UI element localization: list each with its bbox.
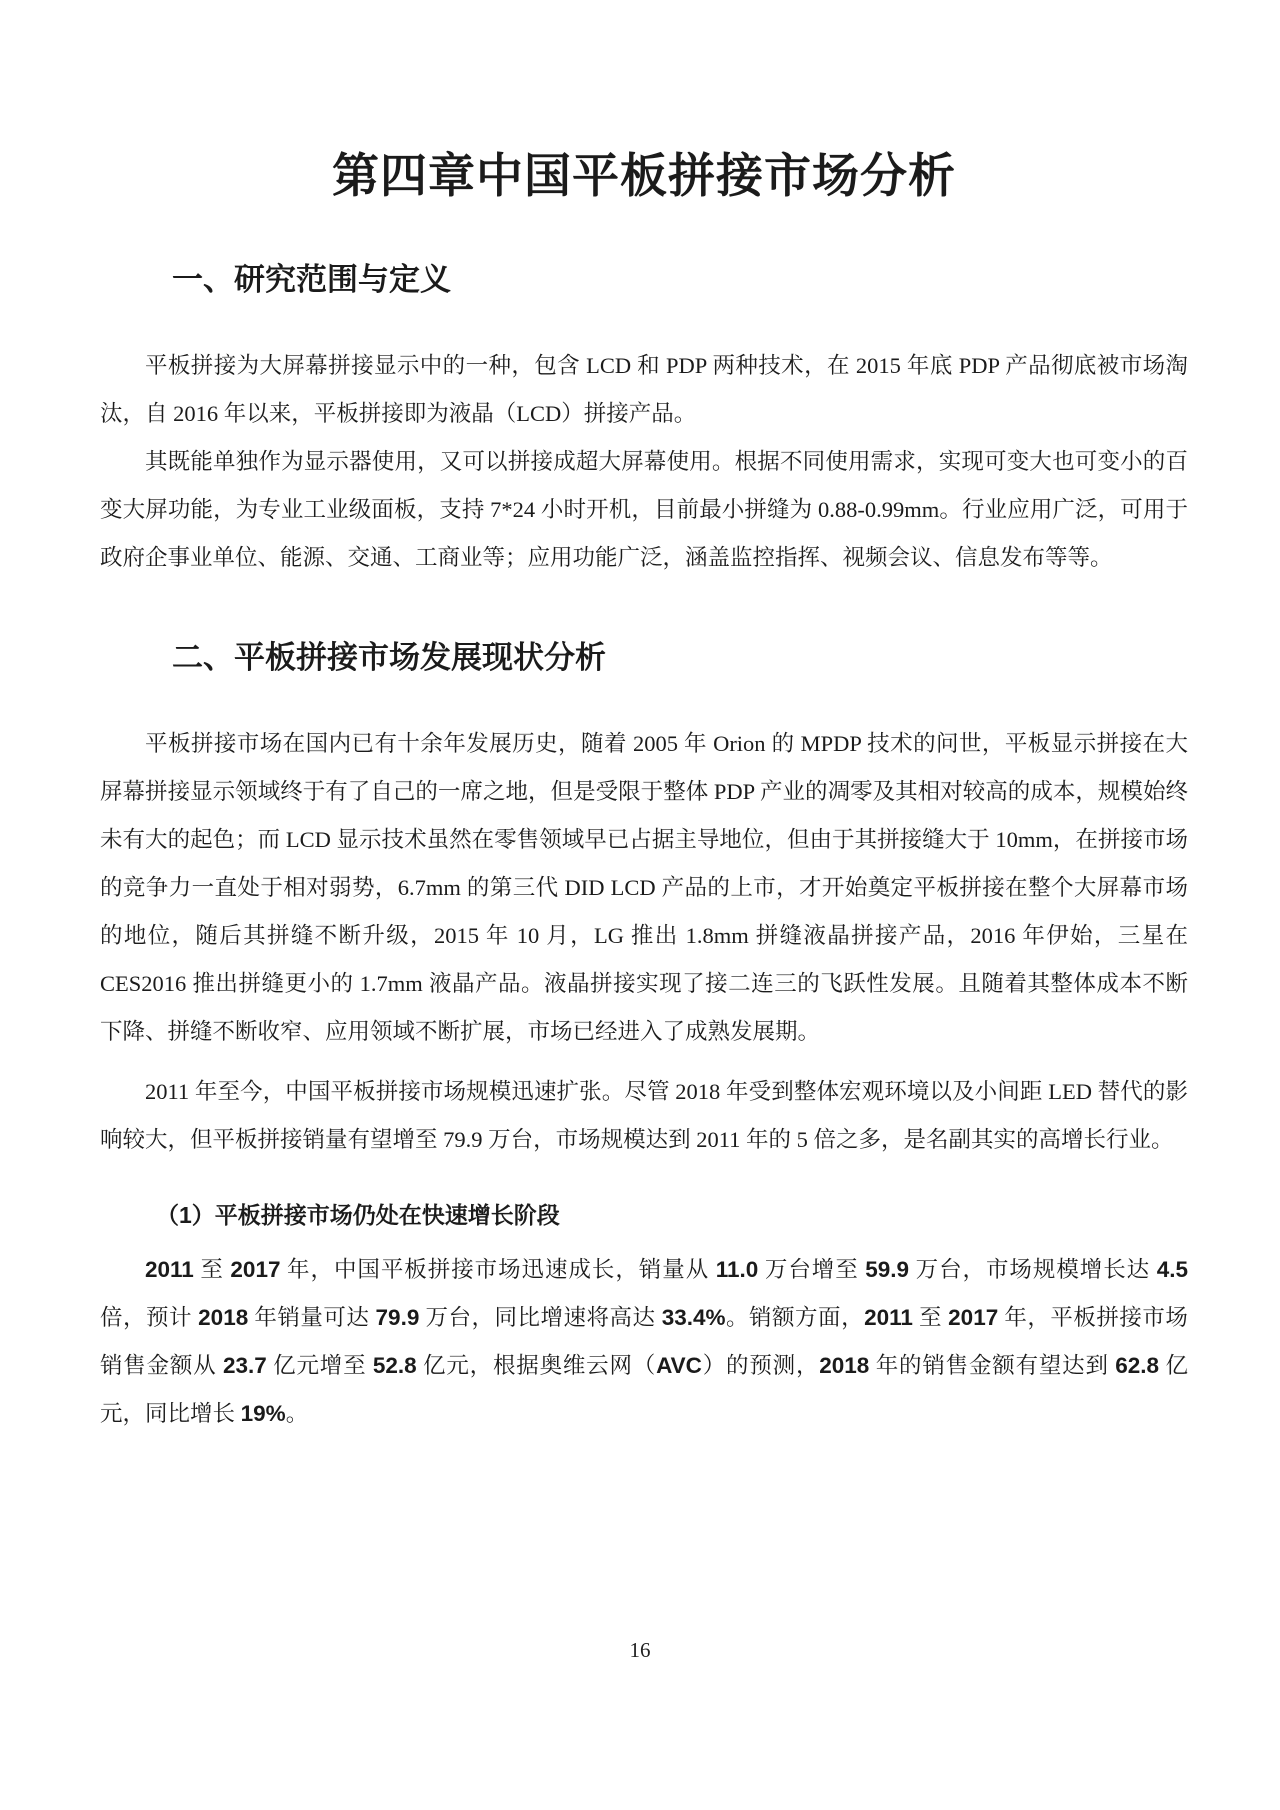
emphasized-number: 2018 [819,1353,869,1378]
text-run: 亿元，根据奥维云网（ [417,1353,656,1378]
text-run: ）的预测， [702,1353,819,1378]
section-2-heading: 二、平板拼接市场发展现状分析 [172,640,1188,676]
text-run: 万台，市场规模增长达 [909,1257,1157,1282]
emphasized-number: 19% [241,1401,286,1426]
text-run: 年销量可达 [248,1305,375,1330]
text-run: 。 [286,1401,309,1426]
section-2-paragraph-1: 平板拼接市场在国内已有十余年发展历史，随着 2005 年 Orion 的 MPD… [100,720,1188,1056]
document-page: 第四章中国平板拼接市场分析 一、研究范围与定义 平板拼接为大屏幕拼接显示中的一种… [0,0,1280,1810]
section-1-paragraph-1: 平板拼接为大屏幕拼接显示中的一种，包含 LCD 和 PDP 两种技术，在 201… [100,342,1188,438]
emphasized-number: 2017 [948,1305,998,1330]
text-run: 至 [913,1305,948,1330]
emphasized-number: 2017 [230,1257,280,1282]
subsection-1-paragraph-1: 2011 至 2017 年，中国平板拼接市场迅速成长，销量从 11.0 万台增至… [100,1246,1188,1438]
text-run: 。销额方面， [726,1305,865,1330]
chapter-title: 第四章中国平板拼接市场分析 [100,150,1188,204]
emphasized-number: 33.4% [662,1305,726,1330]
emphasized-number: 23.7 [223,1353,267,1378]
document-content: 第四章中国平板拼接市场分析 一、研究范围与定义 平板拼接为大屏幕拼接显示中的一种… [100,150,1188,1438]
text-run: 年，中国平板拼接市场迅速成长，销量从 [280,1257,715,1282]
emphasized-number: 11.0 [716,1257,759,1282]
page-number: 16 [0,1638,1280,1663]
emphasized-number: 52.8 [373,1353,417,1378]
emphasized-number: 59.9 [865,1257,909,1282]
emphasized-number: 62.8 [1115,1353,1159,1378]
emphasized-number: AVC [656,1353,702,1378]
emphasized-number: 2011 [145,1257,194,1282]
text-run: 亿元增至 [267,1353,373,1378]
emphasized-number: 79.9 [376,1305,420,1330]
section-1-heading: 一、研究范围与定义 [172,262,1188,298]
text-run: 倍，预计 [100,1305,198,1330]
emphasized-number: 2018 [198,1305,248,1330]
emphasized-number: 4.5 [1157,1257,1188,1282]
text-run: 万台增至 [758,1257,865,1282]
subsection-1-heading: （1）平板拼接市场仍处在快速增长阶段 [156,1200,1188,1230]
section-2-paragraph-2: 2011 年至今，中国平板拼接市场规模迅速扩张。尽管 2018 年受到整体宏观环… [100,1068,1188,1164]
section-1-paragraph-2: 其既能单独作为显示器使用，又可以拼接成超大屏幕使用。根据不同使用需求，实现可变大… [100,438,1188,582]
text-run: 至 [194,1257,231,1282]
text-run: 万台，同比增速将高达 [419,1305,661,1330]
emphasized-number: 2011 [864,1305,913,1330]
text-run: 年的销售金额有望达到 [869,1353,1115,1378]
